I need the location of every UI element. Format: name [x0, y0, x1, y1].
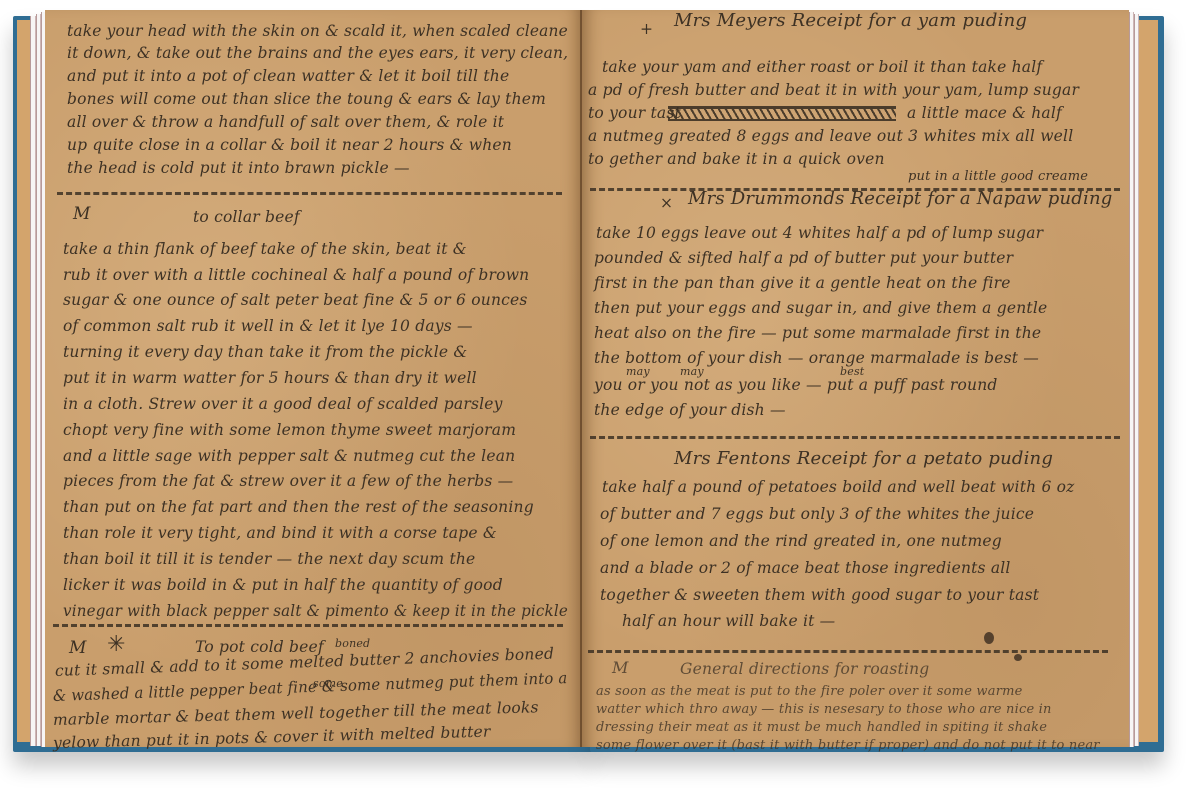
text-line: some flower over it (bast it with butter…: [596, 739, 1100, 752]
text-line: half an hour will bake it —: [622, 614, 835, 630]
text-line: then put your eggs and sugar in, and giv…: [594, 301, 1047, 317]
text-line: vinegar with black pepper salt & pimento…: [63, 604, 568, 620]
text-line: of butter and 7 eggs but only 3 of the w…: [600, 507, 1034, 523]
section-marker: M: [69, 640, 87, 657]
section-marker: M: [73, 206, 91, 223]
struck-through-text: [668, 106, 896, 121]
text-line: together & sweeten them with good sugar …: [600, 588, 1039, 604]
page-edge: [1134, 14, 1139, 746]
ink-blot: [984, 632, 994, 644]
text-line: take half a pound of petatoes boild and …: [602, 480, 1075, 496]
text-line: take your head with the skin on & scald …: [67, 24, 568, 40]
text-line: to your tast: [588, 106, 681, 122]
text-line: in a cloth. Strew over it a good deal of…: [63, 397, 503, 413]
recipe-title: Mrs Meyers Receipt for a yam puding: [674, 12, 1027, 30]
recipe-title: General directions for roasting: [680, 662, 929, 678]
text-line: watter which thro away — this is nesesar…: [596, 703, 1052, 716]
text-line: take 10 eggs leave out 4 whites half a p…: [596, 226, 1043, 242]
text-line: and a little sage with pepper salt & nut…: [63, 449, 515, 465]
text-line: to gether and bake it in a quick oven: [588, 152, 885, 168]
recipe-title: Mrs Drummonds Receipt for a Napaw puding: [688, 190, 1113, 208]
text-line: take your yam and either roast or boil i…: [602, 60, 1042, 76]
text-line: of common salt rub it well in & let it l…: [63, 319, 473, 335]
text-line: a little mace & half: [907, 106, 1062, 122]
text-line: a pd of fresh butter and beat it in with…: [588, 83, 1079, 99]
recipe-title: Mrs Fentons Receipt for a petato puding: [674, 450, 1053, 468]
text-line: than boil it till it is tender — the nex…: [63, 552, 475, 568]
text-line: the edge of your dish —: [594, 403, 786, 419]
section-marker: ×: [660, 196, 673, 212]
section-divider: [588, 650, 1108, 653]
text-line: bones will come out than slice the toung…: [67, 92, 546, 108]
ink-blot: [1014, 654, 1022, 661]
section-divider: [53, 624, 563, 627]
text-line: rub it over with a little cochineal & ha…: [63, 268, 529, 284]
text-line: you or you not as you like — put a puff …: [594, 378, 998, 394]
cover-turn-in-right: [1138, 20, 1158, 742]
text-line: of one lemon and the rind greated in, on…: [600, 534, 1002, 550]
section-divider: [590, 436, 1120, 439]
margin-note: boned: [335, 638, 370, 649]
asterisk-symbol-icon: ✳: [107, 632, 125, 657]
right-page: + Mrs Meyers Receipt for a yam puding ta…: [582, 10, 1129, 747]
text-line: heat also on the fire — put some marmala…: [594, 326, 1041, 342]
text-line: pieces from the fat & strew over it a fe…: [63, 474, 513, 490]
left-page: take your head with the skin on & scald …: [45, 10, 582, 747]
text-line: all over & throw a handfull of salt over…: [67, 115, 504, 131]
text-line: the head is cold put it into brawn pickl…: [67, 161, 410, 177]
text-line: a nutmeg greated 8 eggs and leave out 3 …: [588, 129, 1073, 145]
text-line: and a blade or 2 of mace beat those ingr…: [600, 561, 1011, 577]
text-line: up quite close in a collar & boil it nea…: [67, 138, 512, 154]
text-line: first in the pan than give it a gentle h…: [594, 276, 1011, 292]
text-line: it down, & take out the brains and the e…: [67, 46, 568, 62]
text-line: dressing their meat as it must be much h…: [596, 721, 1047, 734]
added-note: put in a little good creame: [908, 170, 1088, 183]
text-line: and put it into a pot of clean watter & …: [67, 69, 509, 85]
section-marker: M: [612, 660, 629, 676]
text-line: turning it every day than take it from t…: [63, 345, 467, 361]
text-line: than put on the fat part and then the re…: [63, 500, 534, 516]
text-line: the bottom of your dish — orange marmala…: [594, 351, 1039, 367]
text-line: take a thin flank of beef take of the sk…: [63, 242, 467, 258]
recipe-title: to collar beef: [193, 210, 300, 226]
section-marker: +: [640, 22, 653, 38]
text-line: put it in warm watter for 5 hours & than…: [63, 371, 477, 387]
text-line: sugar & one ounce of salt peter beat fin…: [63, 293, 528, 309]
text-line: than role it very tight, and bind it wit…: [63, 526, 497, 542]
text-line: pounded & sifted half a pd of butter put…: [594, 251, 1013, 267]
text-line: as soon as the meat is put to the fire p…: [596, 685, 1023, 698]
text-line: licker it was boild in & put in half the…: [63, 578, 503, 594]
section-divider: [57, 192, 562, 195]
open-manuscript-book: take your head with the skin on & scald …: [0, 0, 1189, 790]
text-line: chopt very fine with some lemon thyme sw…: [63, 423, 516, 439]
